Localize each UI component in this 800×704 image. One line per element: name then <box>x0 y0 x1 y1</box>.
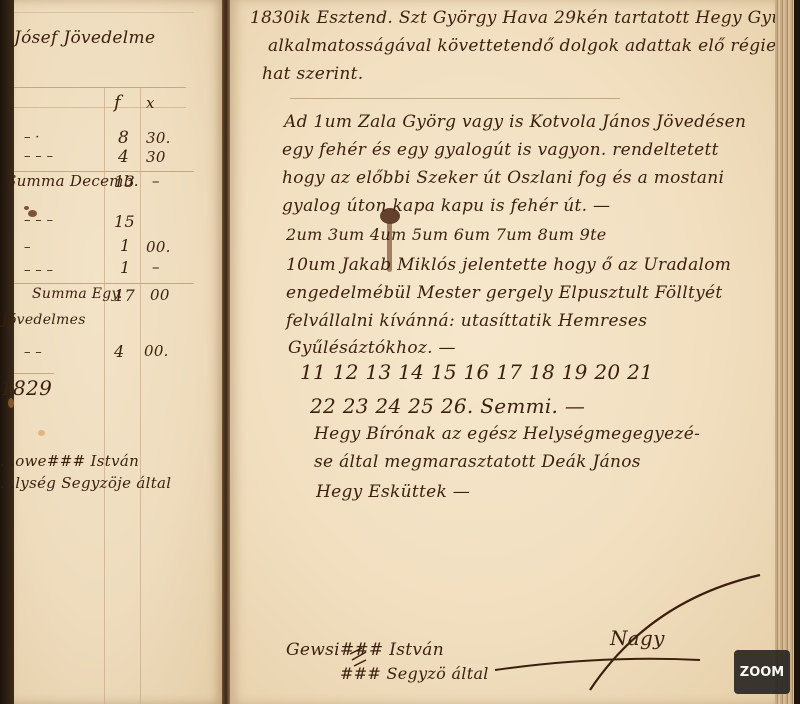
footer-signature-line: ...owe### István <box>0 452 139 470</box>
year-label: 1829 <box>0 376 52 400</box>
ledger-row-x: 30. <box>146 129 171 147</box>
ledger-subheading: Jövedelmes <box>2 312 86 328</box>
ledger-row-x: 00. <box>146 238 171 256</box>
ledger-row-f: 17 <box>114 286 135 305</box>
ledger-row-desc: – – – <box>24 213 53 228</box>
ledger-row-x: 00. <box>144 342 169 360</box>
ledger-row-f: 8 <box>118 128 129 148</box>
ledger-row-f: 4 <box>114 342 124 361</box>
ledger-row-desc: – · <box>24 130 40 145</box>
ledger-rule <box>14 12 194 13</box>
signature-flourish <box>230 0 775 704</box>
book-cover-edge <box>0 0 14 704</box>
ledger-row-desc: – – <box>24 345 42 360</box>
column-header-f: f <box>114 92 121 113</box>
ledger-row-f: 1 <box>120 236 130 255</box>
water-stain <box>8 398 14 408</box>
ledger-row-x: 30 <box>146 148 166 166</box>
ink-stain <box>24 206 29 210</box>
zoom-watermark: ZOOM <box>734 650 790 694</box>
book-gutter <box>222 0 230 704</box>
ledger-heading: Jósef Jövedelme <box>14 28 155 48</box>
ledger-row-x: – <box>152 258 160 276</box>
footer-signature-line: ...lység Segyzöje által <box>0 474 171 492</box>
page-edges <box>775 0 800 704</box>
ledger-row-f: 13 <box>114 172 135 191</box>
ledger-rule <box>14 87 186 88</box>
ledger-row-desc: – <box>24 240 31 255</box>
column-header-x: x <box>146 94 155 112</box>
ledger-row-desc: – – – <box>24 263 53 278</box>
ledger-row-f: 4 <box>118 147 129 167</box>
ledger-row-x: 00 <box>150 286 170 304</box>
right-page: 1830ik Esztend. Szt György Hava 29kén ta… <box>230 0 775 704</box>
ledger-row-x: – <box>152 172 160 190</box>
ledger-row-f: 15 <box>114 212 135 231</box>
ledger-rule <box>14 373 54 374</box>
ledger-column-line <box>140 87 141 704</box>
water-stain <box>38 430 45 436</box>
left-page: Jósef Jövedelme f x – · 8 30. – – – 4 30… <box>14 0 224 704</box>
ledger-row-desc: – – – <box>24 149 53 164</box>
ledger-row-f: 1 <box>120 258 130 277</box>
zoom-watermark-label: ZOOM <box>740 665 784 680</box>
ledger-row-desc: Summa Egy. <box>32 286 123 302</box>
open-manuscript-book: Jósef Jövedelme f x – · 8 30. – – – 4 30… <box>0 0 800 704</box>
ledger-rule <box>14 107 186 108</box>
